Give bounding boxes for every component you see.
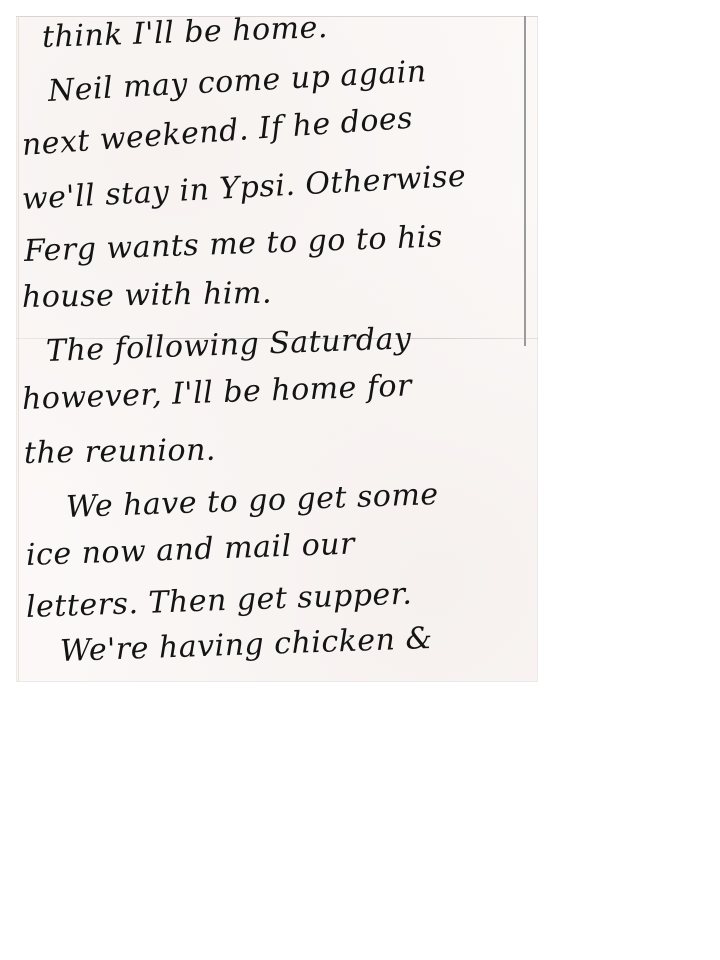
- handwritten-line: The following Saturday: [45, 321, 412, 369]
- handwritten-line: house with him.: [22, 276, 273, 315]
- handwritten-line: next weekend. If he does: [21, 101, 414, 163]
- paper-right-edge: [524, 16, 526, 346]
- handwritten-line: the reunion.: [24, 433, 217, 471]
- handwritten-line: letters. Then get supper.: [25, 577, 412, 625]
- handwritten-line: however, I'll be home for: [21, 368, 412, 417]
- handwritten-line: We're having chicken &: [59, 621, 433, 669]
- handwritten-line: we'll stay in Ypsi. Otherwise: [21, 159, 467, 217]
- scan-page: think I'll be home. Neil may come up aga…: [0, 0, 720, 960]
- letter-paper: think I'll be home. Neil may come up aga…: [16, 16, 538, 682]
- handwritten-line: Neil may come up again: [47, 54, 427, 109]
- paper-left-edge: [18, 16, 19, 682]
- handwritten-line: We have to go get some: [65, 477, 439, 525]
- handwritten-line: ice now and mail our: [25, 527, 355, 573]
- handwritten-line: Ferg wants me to go to his: [23, 219, 443, 269]
